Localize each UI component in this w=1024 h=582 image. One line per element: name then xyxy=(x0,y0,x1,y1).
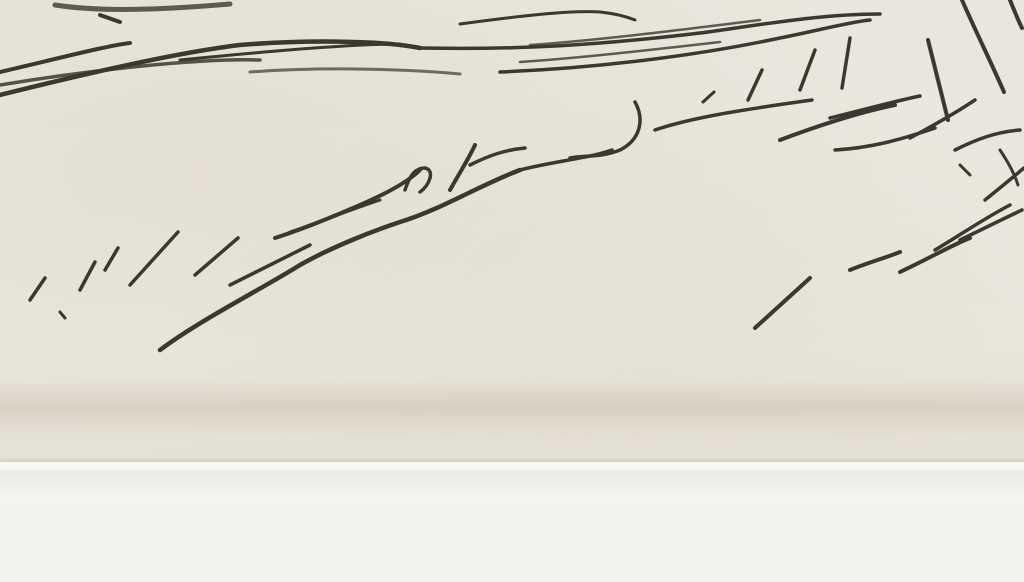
etching-photo xyxy=(0,0,1024,582)
platemark-edge xyxy=(0,470,1024,496)
